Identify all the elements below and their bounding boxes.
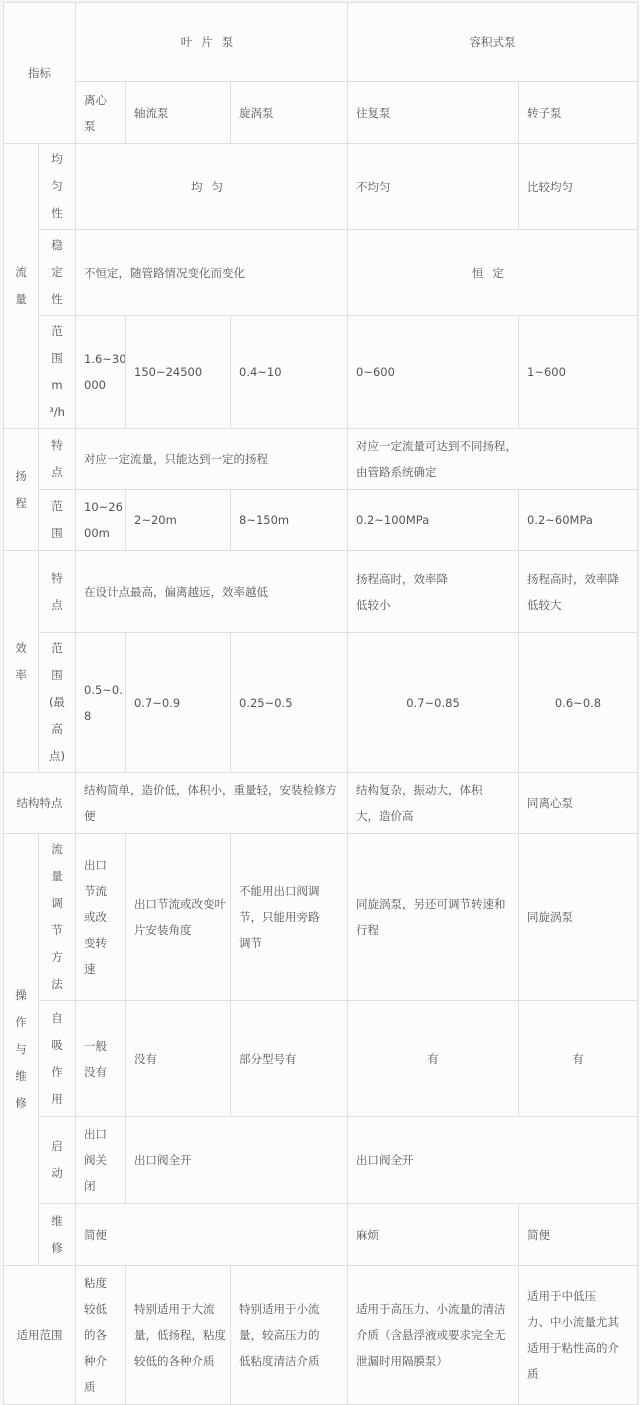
structure-section-label: 结构特点 (4, 773, 76, 834)
flow-range-label: 范 围 m ³/h (39, 316, 76, 429)
header-axial-pump: 轴流泵 (126, 82, 231, 144)
cell-flow-range-reciprocating: 0~600 (348, 316, 519, 429)
cell-application-vortex: 特别适用于小流 量，较高压力的 低粘度清洁介质 (231, 1266, 348, 1405)
row-structure: 结构特点 结构简单，造价低，体积小，重量轻，安装检修方 便 结构复杂，振动大，体… (4, 773, 638, 834)
cell-self-priming-axial: 没有 (126, 1001, 231, 1117)
cell-flow-range-centrifugal: 1.6~30 000 (76, 316, 126, 429)
cell-maintenance-reciprocating: 麻烦 (348, 1204, 519, 1266)
row-startup: 启 动 出口 阀关 闭 出口阀全开 出口阀全开 (4, 1117, 638, 1204)
cell-flow-adjust-reciprocating: 同旋涡泵，另还可调节转速和 行程 (348, 834, 519, 1001)
cell-flow-range-axial: 150~24500 (126, 316, 231, 429)
head-range-label: 范 围 (39, 490, 76, 551)
maintenance-label: 维 修 (39, 1204, 76, 1266)
row-head-range: 范 围 10~26 00m 2~20m 8~150m 0.2~100MPa 0.… (4, 490, 638, 551)
cell-application-reciprocating: 适用于高压力、小流量的清洁 介质（含悬浮液或要求完全无 泄漏时用隔膜泵） (348, 1266, 519, 1405)
cell-startup-pd: 出口阀全开 (348, 1117, 638, 1204)
cell-self-priming-rotary: 有 (519, 1001, 638, 1117)
row-flow-stability: 稳 定 性 不恒定，随管路情况变化而变化 恒定 (4, 230, 638, 316)
cell-head-feature-vane: 对应一定流量，只能达到一定的扬程 (76, 429, 348, 490)
cell-efficiency-range-vortex: 0.25~0.5 (231, 633, 348, 773)
operation-section-label: 操 作 与 维 修 (4, 834, 39, 1266)
row-head-feature: 扬 程 特 点 对应一定流量，只能达到一定的扬程 对应一定流量可达到不同扬程， … (4, 429, 638, 490)
cell-head-range-rotary: 0.2~60MPa (519, 490, 638, 551)
header-rotary-pump: 转子泵 (519, 82, 638, 144)
cell-startup-centrifugal: 出口 阀关 闭 (76, 1117, 126, 1204)
flow-adjust-label: 流 量 调 节 方 法 (39, 834, 76, 1001)
cell-startup-axial-vortex: 出口阀全开 (126, 1117, 348, 1204)
cell-flow-adjust-rotary: 同旋涡泵 (519, 834, 638, 1001)
row-maintenance: 维 修 简便 麻烦 简便 (4, 1204, 638, 1266)
flow-section-label: 流 量 (4, 144, 39, 429)
pd-group-header: 容积式泵 (348, 3, 638, 82)
pump-comparison-table: 指标 叶片泵 容积式泵 离心 泵 轴流泵 旋涡泵 往复泵 转子泵 流 量 均 匀… (3, 2, 638, 1405)
header-reciprocating-pump: 往复泵 (348, 82, 519, 144)
row-efficiency-range: 范 围 (最 高 点) 0.5~0. 8 0.7~0.9 0.25~0.5 0.… (4, 633, 638, 773)
cell-efficiency-feature-rotary: 扬程高时，效率降 低较大 (519, 551, 638, 633)
vane-group-header: 叶片泵 (76, 3, 348, 82)
row-flow-range: 范 围 m ³/h 1.6~30 000 150~24500 0.4~10 0~… (4, 316, 638, 429)
cell-structure-vane: 结构简单，造价低，体积小，重量轻，安装检修方 便 (76, 773, 348, 834)
cell-maintenance-rotary: 简便 (519, 1204, 638, 1266)
cell-flow-range-vortex: 0.4~10 (231, 316, 348, 429)
cell-stability-vane: 不恒定，随管路情况变化而变化 (76, 230, 348, 316)
self-priming-label: 自 吸 作 用 (39, 1001, 76, 1117)
cell-uniformity-vane: 均匀 (76, 144, 348, 230)
cell-flow-adjust-centrifugal: 出口 节流 或改 变转 速 (76, 834, 126, 1001)
cell-head-range-axial: 2~20m (126, 490, 231, 551)
cell-efficiency-range-axial: 0.7~0.9 (126, 633, 231, 773)
cell-efficiency-range-centrifugal: 0.5~0. 8 (76, 633, 126, 773)
efficiency-range-label: 范 围 (最 高 点) (39, 633, 76, 773)
row-flow-uniformity: 流 量 均 匀 性 均匀 不均匀 比较均匀 (4, 144, 638, 230)
cell-application-rotary: 适用于中低压 力、中小流量尤其 适用于粘性高的介 质 (519, 1266, 638, 1405)
corner-header: 指标 (4, 3, 76, 144)
cell-maintenance-vane: 简便 (76, 1204, 348, 1266)
cell-head-feature-pd: 对应一定流量可达到不同扬程， 由管路系统确定 (348, 429, 638, 490)
cell-flow-range-rotary: 1~600 (519, 316, 638, 429)
row-application: 适用范围 粘度 较低 的各 种介 质 特别适用于大流 量，低扬程，粘度 较低的各… (4, 1266, 638, 1405)
row-self-priming: 自 吸 作 用 一般 没有 没有 部分型号有 有 有 (4, 1001, 638, 1117)
cell-flow-adjust-vortex: 不能用出口阀调 节，只能用旁路 调节 (231, 834, 348, 1001)
application-section-label: 适用范围 (4, 1266, 76, 1405)
cell-uniformity-rotary: 比较均匀 (519, 144, 638, 230)
row-flow-adjust: 操 作 与 维 修 流 量 调 节 方 法 出口 节流 或改 变转 速 出口节流… (4, 834, 638, 1001)
header-vortex-pump: 旋涡泵 (231, 82, 348, 144)
cell-application-axial: 特别适用于大流 量，低扬程，粘度 较低的各种介质 (126, 1266, 231, 1405)
cell-self-priming-reciprocating: 有 (348, 1001, 519, 1117)
cell-head-range-centrifugal: 10~26 00m (76, 490, 126, 551)
cell-structure-rotary: 同离心泵 (519, 773, 638, 834)
cell-efficiency-range-rotary: 0.6~0.8 (519, 633, 638, 773)
cell-efficiency-feature-reciprocating: 扬程高时，效率降 低较小 (348, 551, 519, 633)
cell-structure-reciprocating: 结构复杂，振动大，体积 大，造价高 (348, 773, 519, 834)
startup-label: 启 动 (39, 1117, 76, 1204)
cell-application-centrifugal: 粘度 较低 的各 种介 质 (76, 1266, 126, 1405)
cell-efficiency-range-reciprocating: 0.7~0.85 (348, 633, 519, 773)
cell-head-range-vortex: 8~150m (231, 490, 348, 551)
head-feature-label: 特 点 (39, 429, 76, 490)
cell-uniformity-reciprocating: 不均匀 (348, 144, 519, 230)
header-row-pumps: 离心 泵 轴流泵 旋涡泵 往复泵 转子泵 (4, 82, 638, 144)
uniformity-label: 均 匀 性 (39, 144, 76, 230)
cell-head-range-reciprocating: 0.2~100MPa (348, 490, 519, 551)
cell-self-priming-vortex: 部分型号有 (231, 1001, 348, 1117)
header-row-groups: 指标 叶片泵 容积式泵 (4, 3, 638, 82)
row-efficiency-feature: 效 率 特 点 在设计点最高，偏离越远，效率越低 扬程高时，效率降 低较小 扬程… (4, 551, 638, 633)
efficiency-section-label: 效 率 (4, 551, 39, 773)
cell-stability-pd: 恒定 (348, 230, 638, 316)
efficiency-feature-label: 特 点 (39, 551, 76, 633)
cell-self-priming-centrifugal: 一般 没有 (76, 1001, 126, 1117)
cell-efficiency-feature-vane: 在设计点最高，偏离越远，效率越低 (76, 551, 348, 633)
head-section-label: 扬 程 (4, 429, 39, 551)
cell-flow-adjust-axial: 出口节流或改变叶 片安装角度 (126, 834, 231, 1001)
header-centrifugal-pump: 离心 泵 (76, 82, 126, 144)
stability-label: 稳 定 性 (39, 230, 76, 316)
